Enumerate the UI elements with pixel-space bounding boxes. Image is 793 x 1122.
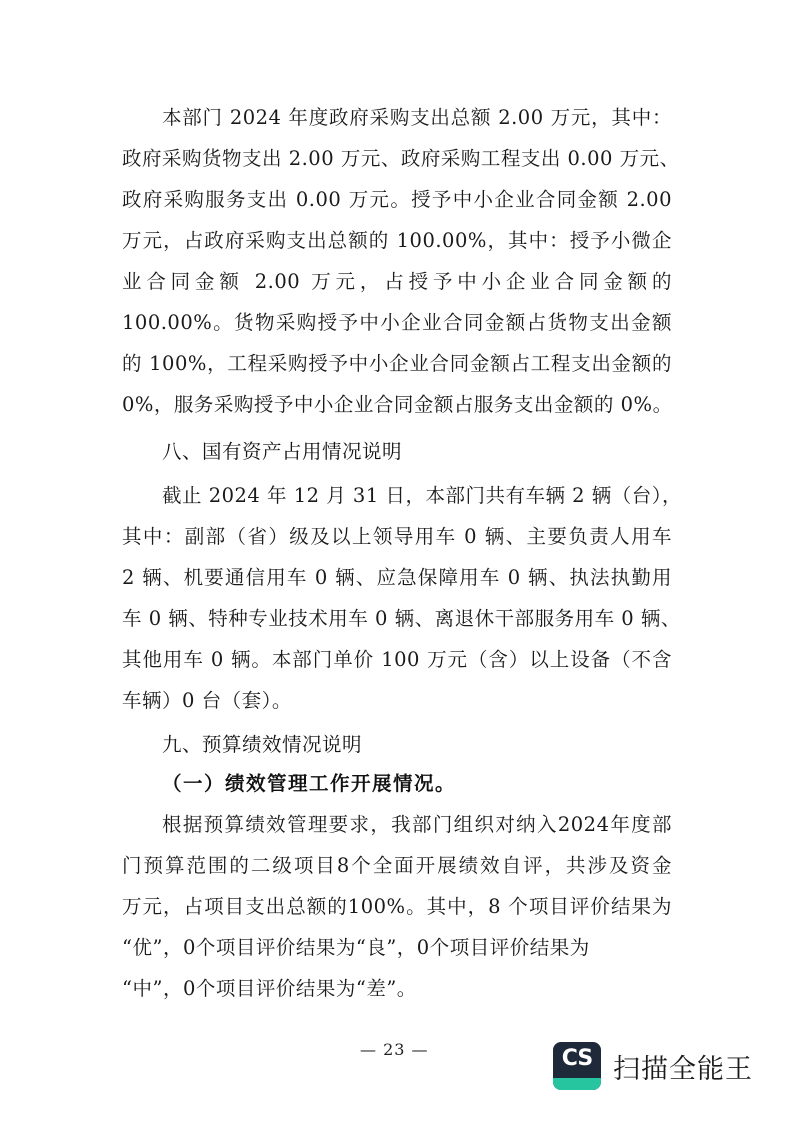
paragraph-line: “中”，0个项目评价结果为“差”。 (122, 974, 672, 1004)
paragraph-line: 业合同金额 2.00 万元，占授予中小企业合同金额的 (122, 267, 672, 297)
paragraph-line: 车辆）0 台（套）。 (122, 686, 672, 716)
camscanner-logo-icon: CS (553, 1042, 601, 1090)
paragraph-line: 政府采购货物支出 2.00 万元、政府采购工程支出 0.00 万元、 (122, 144, 672, 174)
subsection-heading: （一）绩效管理工作开展情况。 (162, 769, 456, 799)
logo-text: CS (553, 1046, 601, 1071)
paragraph-line: 截止 2024 年 12 月 31 日，本部门共有车辆 2 辆（台）， (162, 481, 672, 511)
paragraph-line: 其他用车 0 辆。本部门单价 100 万元（含）以上设备（不含 (122, 645, 672, 675)
paragraph-line: 万元，占项目支出总额的100%。其中，8 个项目评价结果为 (122, 892, 672, 922)
paragraph-line: 万元，占政府采购支出总额的 100.00%，其中：授予小微企 (122, 226, 672, 256)
paragraph-line: 其中：副部（省）级及以上领导用车 0 辆、主要负责人用车 (122, 522, 672, 552)
page-number: — 23 — (360, 1040, 429, 1059)
paragraph-line: 车 0 辆、特种专业技术用车 0 辆、离退休干部服务用车 0 辆、 (122, 604, 672, 634)
section-heading-assets: 八、国有资产占用情况说明 (162, 437, 402, 467)
paragraph-line: 根据预算绩效管理要求，我部门组织对纳入2024年度部 (162, 810, 672, 840)
paragraph-line: 100.00%。货物采购授予中小企业合同金额占货物支出金额 (122, 308, 672, 338)
camscanner-watermark: CS 扫描全能王 (553, 1042, 753, 1090)
paragraph-line: 本部门 2024 年度政府采购支出总额 2.00 万元，其中： (162, 103, 672, 133)
logo-accent-band (553, 1078, 601, 1090)
paragraph-line: 政府采购服务支出 0.00 万元。授予中小企业合同金额 2.00 (122, 185, 672, 215)
paragraph-line: 门预算范围的二级项目8个全面开展绩效自评，共涉及资金 (122, 851, 672, 881)
paragraph-line: “优”，0个项目评价结果为“良”，0个项目评价结果为 (122, 933, 652, 963)
paragraph-line: 0%，服务采购授予中小企业合同金额占服务支出金额的 0%。 (122, 390, 672, 420)
paragraph-line: 2 辆、机要通信用车 0 辆、应急保障用车 0 辆、执法执勤用 (122, 563, 672, 593)
document-page: 本部门 2024 年度政府采购支出总额 2.00 万元，其中： 政府采购货物支出… (0, 0, 793, 1122)
watermark-app-name: 扫描全能王 (613, 1047, 753, 1086)
section-heading-performance: 九、预算绩效情况说明 (162, 730, 362, 760)
paragraph-line: 的 100%，工程采购授予中小企业合同金额占工程支出金额的 (122, 349, 672, 379)
